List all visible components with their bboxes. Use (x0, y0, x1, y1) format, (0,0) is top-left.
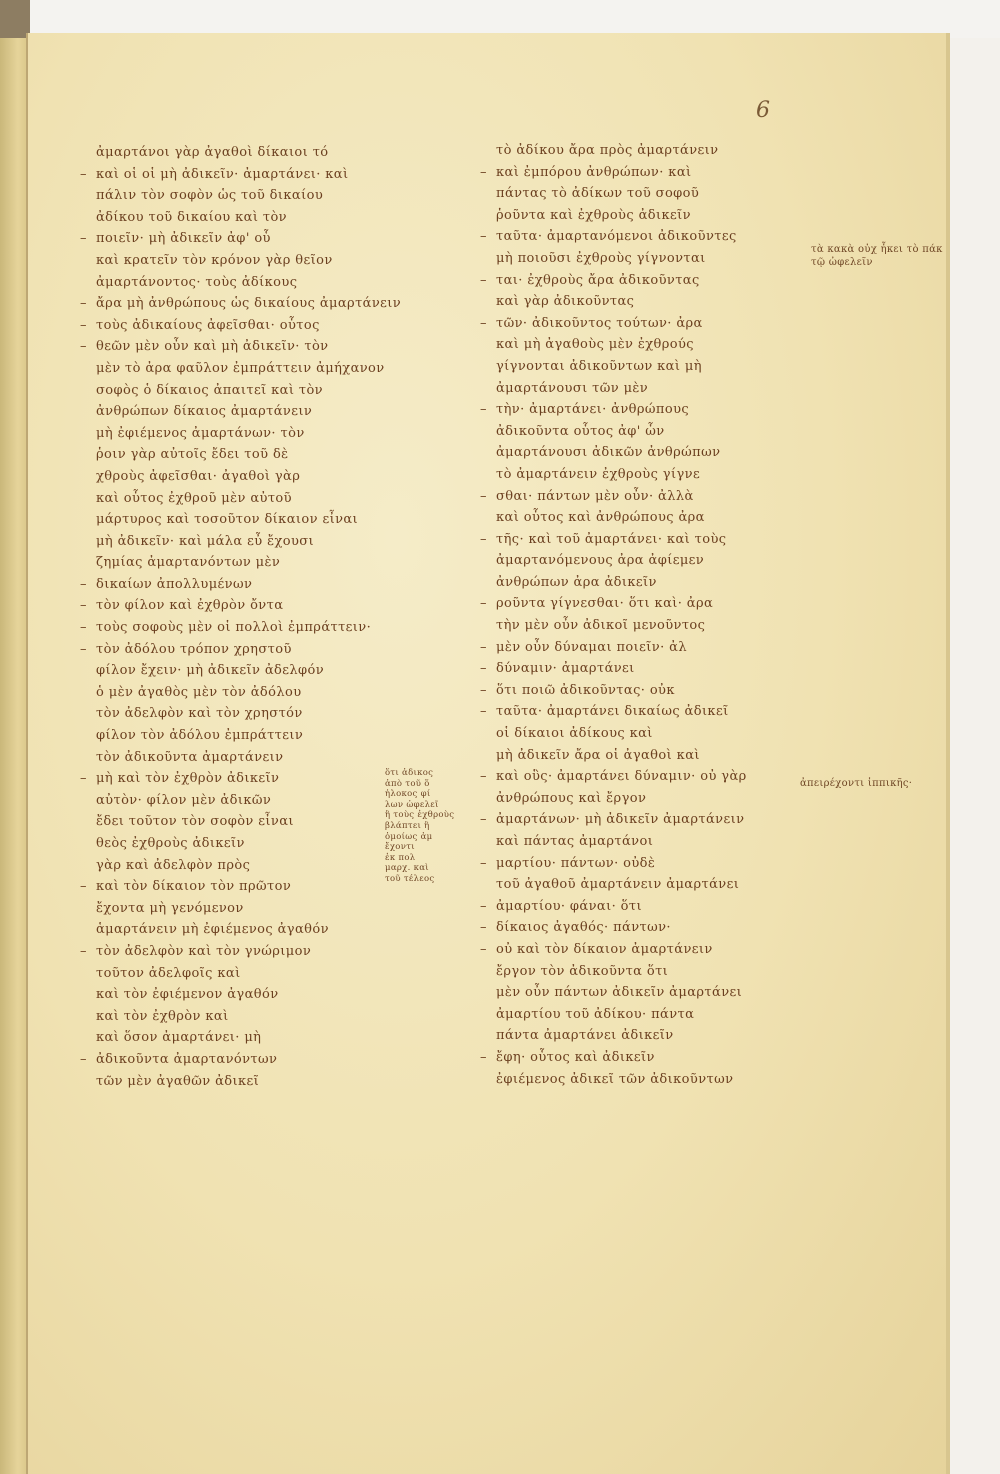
line-text: ροῦντα γίγνεσθαι· ὅτι καὶ· ἀρα (496, 596, 713, 611)
text-line: –καὶ οὓς· ἀμαρτάνει δύναμιν· οὐ γὰρ (480, 766, 810, 788)
line-text: καὶ οὗτος καὶ ἀνθρώπους ἀρα (496, 510, 705, 525)
text-line: –τῆς· καὶ τοῦ ἀμαρτάνει· καὶ τοὺς (480, 529, 810, 551)
text-line: ἀμαρτάνοι γὰρ ἀγαθοὶ δίκαιοι τό (80, 142, 380, 164)
line-text: ἀδικοῦντα ἀμαρτανόντων (96, 1052, 277, 1067)
line-text: ἀδίκου τοῦ δικαίου καὶ τὸν (96, 210, 287, 225)
text-line: –καὶ τὸν δίκαιον τὸν πρῶτον (80, 876, 380, 898)
text-line: χθροὺς ἀφεῖσθαι· ἀγαθοὶ γὰρ (80, 466, 380, 488)
marginal-line: λων ὠφελεῖ (385, 800, 475, 811)
line-text: καὶ ἐμπόρου ἀνθρώπων· καὶ (496, 165, 692, 180)
text-line: –ἔφη· οὗτος καὶ ἀδικεῖν (480, 1047, 810, 1069)
line-text: τὸν φίλον καὶ ἐχθρὸν ὄντα (96, 598, 283, 613)
line-text: τῶν μὲν ἀγαθῶν ἀδικεῖ (96, 1074, 259, 1089)
paragraph-dash-mark: – (480, 593, 496, 615)
text-line: –τὸν ἀδόλου τρόπον χρηστοῦ (80, 639, 380, 661)
line-text: μὴ ἀδικεῖν· καὶ μάλα εὖ ἔχουσι (96, 534, 314, 549)
line-text: τὸν ἀδελφὸν καὶ τὸν γνώριμον (96, 944, 311, 959)
line-text: αὐτὸν· φίλον μὲν ἀδικῶν (96, 793, 271, 808)
line-text: τὸ ἀμαρτάνειν ἐχθροὺς γίγνε (496, 467, 700, 482)
paragraph-dash-mark: – (480, 917, 496, 939)
marginal-line: μαρχ. καὶ (385, 863, 475, 874)
text-line: –θεῶν μὲν οὖν καὶ μὴ ἀδικεῖν· τὸν (80, 336, 380, 358)
line-text: ἀμαρτάνων· μὴ ἀδικεῖν ἀμαρτάνειν (496, 812, 744, 827)
line-text: καὶ τὸν ἐφιέμενον ἀγαθόν (96, 987, 279, 1002)
line-text: ὁ μὲν ἀγαθὸς μὲν τὸν ἀδόλου (96, 685, 302, 700)
paragraph-dash-mark: – (480, 486, 496, 508)
line-text: ποιεῖν· μὴ ἀδικεῖν ἀφ' οὗ (96, 231, 271, 246)
text-line: –οὐ καὶ τὸν δίκαιον ἀμαρτάνειν (480, 939, 810, 961)
text-line: –ἀμαρτίου· φάναι· ὅτι (480, 896, 810, 918)
paragraph-dash-mark: – (480, 701, 496, 723)
text-line: –σθαι· πάντων μὲν οὖν· ἀλλὰ (480, 486, 810, 508)
text-line: θεὸς ἐχθροὺς ἀδικεῖν (80, 833, 380, 855)
text-line: ῥοῦντα καὶ ἐχθροὺς ἀδικεῖν (480, 205, 810, 227)
marginal-note-right-lower: ἀπειρέχοντι ἱππικῆς· (800, 777, 970, 790)
line-text: ἄρα μὴ ἀνθρώπους ὡς δικαίους ἀμαρτάνειν (96, 296, 401, 311)
paragraph-dash-mark: – (80, 164, 96, 186)
text-line: –ται· ἐχθροὺς ἄρα ἀδικοῦντας (480, 270, 810, 292)
text-line: –ἀδικοῦντα ἀμαρτανόντων (80, 1049, 380, 1071)
text-line: μὲν οὖν πάντων ἀδικεῖν ἀμαρτάνει (480, 982, 810, 1004)
paragraph-dash-mark: – (480, 658, 496, 680)
text-line: –καὶ οἱ οἱ μὴ ἀδικεῖν· ἀμαρτάνει· καὶ (80, 164, 380, 186)
text-line: ἀνθρώπων δίκαιος ἀμαρτάνειν (80, 401, 380, 423)
line-text: καὶ οἱ οἱ μὴ ἀδικεῖν· ἀμαρτάνει· καὶ (96, 167, 348, 182)
text-line: –ἀμαρτάνων· μὴ ἀδικεῖν ἀμαρτάνειν (480, 809, 810, 831)
line-text: θεῶν μὲν οὖν καὶ μὴ ἀδικεῖν· τὸν (96, 339, 328, 354)
paragraph-dash-mark: – (80, 595, 96, 617)
paragraph-dash-mark: – (480, 270, 496, 292)
text-line: πάντας τὸ ἀδίκων τοῦ σοφοῦ (480, 183, 810, 205)
line-text: σθαι· πάντων μὲν οὖν· ἀλλὰ (496, 489, 694, 504)
line-text: ζημίας ἀμαρτανόντων μὲν (96, 555, 280, 570)
paragraph-dash-mark: – (480, 766, 496, 788)
text-line: πάλιν τὸν σοφὸν ὡς τοῦ δικαίου (80, 185, 380, 207)
text-line: καὶ τὸν ἐφιέμενον ἀγαθόν (80, 984, 380, 1006)
text-line: τὸν ἀδικοῦντα ἀμαρτάνειν (80, 747, 380, 769)
text-line: οἱ δίκαιοι ἀδίκους καὶ (480, 723, 810, 745)
line-text: τὸν ἀδελφὸν καὶ τὸν χρηστόν (96, 706, 303, 721)
line-text: ὅτι ποιῶ ἀδικοῦντας· οὐκ (496, 683, 675, 698)
line-text: τοὺς σοφοὺς μὲν οἱ πολλοὶ ἐμπράττειν· (96, 620, 371, 635)
left-text-column: ἀμαρτάνοι γὰρ ἀγαθοὶ δίκαιοι τό–καὶ οἱ ο… (80, 142, 380, 1092)
text-line: ἀμαρτάνουσι ἀδικῶν ἀνθρώπων (480, 442, 810, 464)
paragraph-dash-mark: – (480, 399, 496, 421)
text-line: καὶ ὅσον ἀμαρτάνει· μὴ (80, 1027, 380, 1049)
text-line: –ταῦτα· ἀμαρτάνει δικαίως ἀδικεῖ (480, 701, 810, 723)
line-text: τὴν μὲν οὖν ἀδικοῖ μενοῦντος (496, 618, 705, 633)
text-line: καὶ μὴ ἀγαθοὺς μὲν ἐχθρούς (480, 334, 810, 356)
text-line: –μὴ καὶ τὸν ἐχθρὸν ἀδικεῖν (80, 768, 380, 790)
line-text: ταῦτα· ἀμαρτάνει δικαίως ἀδικεῖ (496, 704, 729, 719)
text-line: –μὲν οὖν δύναμαι ποιεῖν· ἀλ (480, 637, 810, 659)
paragraph-dash-mark: – (480, 313, 496, 335)
folio-number: 6 (756, 98, 770, 123)
line-text: δύναμιν· ἀμαρτάνει (496, 661, 635, 676)
line-text: καὶ τὸν ἐχθρὸν καὶ (96, 1009, 229, 1024)
paragraph-dash-mark: – (80, 617, 96, 639)
text-line: ἔργον τὸν ἀδικοῦντα ὅτι (480, 961, 810, 983)
text-line: πάντα ἀμαρτάνει ἀδικεῖν (480, 1025, 810, 1047)
line-text: δικαίων ἀπολλυμένων (96, 577, 252, 592)
text-line: μὲν τὸ ἀρα φαῦλον ἐμπράττειν ἀμήχανον (80, 358, 380, 380)
text-line: ῥοιν γὰρ αὐτοῖς ἔδει τοῦ δὲ (80, 444, 380, 466)
line-text: ἔδει τοῦτον τὸν σοφὸν εἶναι (96, 814, 294, 829)
text-line: ἀδικοῦντα οὗτος ἀφ' ὧν (480, 421, 810, 443)
marginal-line: ἠλοκος φί (385, 789, 475, 800)
line-text: ἐφιέμενος ἀδικεῖ τῶν ἀδικοῦντων (496, 1072, 733, 1087)
paragraph-dash-mark: – (80, 228, 96, 250)
line-text: φίλον ἔχειν· μὴ ἀδικεῖν ἀδελφόν (96, 663, 324, 678)
marginal-line: ἔχοντι (385, 842, 475, 853)
line-text: σοφὸς ὁ δίκαιος ἀπαιτεῖ καὶ τὸν (96, 383, 323, 398)
text-line: γίγνονται ἀδικοῦντων καὶ μὴ (480, 356, 810, 378)
line-text: καὶ οὗτος ἐχθροῦ μὲν αὐτοῦ (96, 491, 292, 506)
text-line: –δύναμιν· ἀμαρτάνει (480, 658, 810, 680)
line-text: μὲν οὖν δύναμαι ποιεῖν· ἀλ (496, 640, 687, 655)
paragraph-dash-mark: – (480, 529, 496, 551)
text-line: τὸ ἀδίκου ἄρα πρὸς ἀμαρτάνειν (480, 140, 810, 162)
line-text: ἀμαρτάνουσι ἀδικῶν ἀνθρώπων (496, 445, 720, 460)
line-text: ται· ἐχθροὺς ἄρα ἀδικοῦντας (496, 273, 700, 288)
text-line: ἁμαρτάνειν μὴ ἐφιέμενος ἀγαθόν (80, 919, 380, 941)
text-line: –τὸν ἀδελφὸν καὶ τὸν γνώριμον (80, 941, 380, 963)
line-text: καὶ μὴ ἀγαθοὺς μὲν ἐχθρούς (496, 337, 694, 352)
line-text: γίγνονται ἀδικοῦντων καὶ μὴ (496, 359, 702, 374)
line-text: μαρτίου· πάντων· οὐδὲ (496, 856, 655, 871)
line-text: τῶν· ἀδικοῦντος τούτων· ἀρα (496, 316, 703, 331)
line-text: μὲν οὖν πάντων ἀδικεῖν ἀμαρτάνει (496, 985, 742, 1000)
paragraph-dash-mark: – (480, 1047, 496, 1069)
line-text: μὲν τὸ ἀρα φαῦλον ἐμπράττειν ἀμήχανον (96, 361, 385, 376)
text-line: μὴ ἀδικεῖν· καὶ μάλα εὖ ἔχουσι (80, 531, 380, 553)
text-line: τῶν μὲν ἀγαθῶν ἀδικεῖ (80, 1071, 380, 1093)
line-text: ῥοιν γὰρ αὐτοῖς ἔδει τοῦ δὲ (96, 447, 289, 462)
line-text: ἀνθρώπους καὶ ἔργον (496, 791, 646, 806)
text-line: –καὶ ἐμπόρου ἀνθρώπων· καὶ (480, 162, 810, 184)
line-text: ἀνθρώπων ἀρα ἀδικεῖν (496, 575, 657, 590)
line-text: ἀμαρτίου· φάναι· ὅτι (496, 899, 642, 914)
line-text: τοῦτον ἀδελφοῖς καὶ (96, 966, 241, 981)
line-text: τὸν ἀδικοῦντα ἀμαρτάνειν (96, 750, 283, 765)
line-text: τὸ ἀδίκου ἄρα πρὸς ἀμαρτάνειν (496, 143, 718, 158)
line-text: ταῦτα· ἀμαρτανόμενοι ἀδικοῦντες (496, 229, 737, 244)
text-line: μὴ ποιοῦσι ἐχθροὺς γίγνονται (480, 248, 810, 270)
marginal-line: ὁμοίως ἀμ (385, 832, 475, 843)
text-line: σοφὸς ὁ δίκαιος ἀπαιτεῖ καὶ τὸν (80, 380, 380, 402)
text-line: ἔδει τοῦτον τὸν σοφὸν εἶναι (80, 811, 380, 833)
text-line: γὰρ καὶ ἀδελφὸν πρὸς (80, 855, 380, 877)
line-text: οὐ καὶ τὸν δίκαιον ἀμαρτάνειν (496, 942, 713, 957)
line-text: καὶ οὓς· ἀμαρτάνει δύναμιν· οὐ γὰρ (496, 769, 747, 784)
text-line: –ὅτι ποιῶ ἀδικοῦντας· οὐκ (480, 680, 810, 702)
line-text: καὶ γὰρ ἀδικοῦντας (496, 294, 634, 309)
paragraph-dash-mark: – (80, 768, 96, 790)
text-line: –τῶν· ἀδικοῦντος τούτων· ἀρα (480, 313, 810, 335)
marginal-line: τὰ κακὰ οὐχ ἧκει τὸ πάκ (811, 243, 981, 256)
line-text: τὴν· ἀμαρτάνει· ἀνθρώπους (496, 402, 689, 417)
marginal-line: ἀπὸ τοῦ ὅ (385, 779, 475, 790)
line-text: τὸν ἀδόλου τρόπον χρηστοῦ (96, 642, 292, 657)
line-text: πάλιν τὸν σοφὸν ὡς τοῦ δικαίου (96, 188, 323, 203)
right-text-column: τὸ ἀδίκου ἄρα πρὸς ἀμαρτάνειν–καὶ ἐμπόρο… (480, 140, 810, 1090)
paragraph-dash-mark: – (80, 639, 96, 661)
line-text: ἀδικοῦντα οὗτος ἀφ' ὧν (496, 424, 665, 439)
line-text: μὴ ποιοῦσι ἐχθροὺς γίγνονται (496, 251, 706, 266)
paragraph-dash-mark: – (480, 939, 496, 961)
text-line: ἔχοντα μὴ γενόμενον (80, 898, 380, 920)
paragraph-dash-mark: – (80, 315, 96, 337)
marginal-note-right-upper: τὰ κακὰ οὐχ ἧκει τὸ πάκτῷ ὠφελεῖν (811, 243, 981, 269)
text-line: –ἄρα μὴ ἀνθρώπους ὡς δικαίους ἀμαρτάνειν (80, 293, 380, 315)
text-line: ὁ μὲν ἀγαθὸς μὲν τὸν ἀδόλου (80, 682, 380, 704)
paragraph-dash-mark: – (80, 1049, 96, 1071)
line-text: ἁμαρτάνειν μὴ ἐφιέμενος ἀγαθόν (96, 922, 329, 937)
text-line: τοῦ ἀγαθοῦ ἀμαρτάνειν ἀμαρτάνει (480, 874, 810, 896)
line-text: μὴ καὶ τὸν ἐχθρὸν ἀδικεῖν (96, 771, 279, 786)
line-text: καὶ ὅσον ἀμαρτάνει· μὴ (96, 1030, 261, 1045)
marginal-line: τῷ ὠφελεῖν (811, 256, 981, 269)
text-line: ἀνθρώπους καὶ ἔργον (480, 788, 810, 810)
paragraph-dash-mark: – (480, 226, 496, 248)
text-line: τὴν μὲν οὖν ἀδικοῖ μενοῦντος (480, 615, 810, 637)
text-line: καὶ γὰρ ἀδικοῦντας (480, 291, 810, 313)
line-text: τοῦ ἀγαθοῦ ἀμαρτάνειν ἀμαρτάνει (496, 877, 739, 892)
line-text: ἔργον τὸν ἀδικοῦντα ὅτι (496, 964, 668, 979)
text-line: ἀμαρτάνοντος· τοὺς ἀδίκους (80, 272, 380, 294)
text-line: –ταῦτα· ἀμαρτανόμενοι ἀδικοῦντες (480, 226, 810, 248)
text-line: αὐτὸν· φίλον μὲν ἀδικῶν (80, 790, 380, 812)
text-line: φίλον ἔχειν· μὴ ἀδικεῖν ἀδελφόν (80, 660, 380, 682)
paragraph-dash-mark: – (480, 853, 496, 875)
text-line: μὴ ἐφιέμενος ἀμαρτάνων· τὸν (80, 423, 380, 445)
line-text: μάρτυρος καὶ τοσοῦτον δίκαιον εἶναι (96, 512, 358, 527)
paragraph-dash-mark: – (480, 896, 496, 918)
line-text: δίκαιος ἀγαθός· πάντων· (496, 920, 671, 935)
line-text: τοὺς ἀδικαίους ἀφεῖσθαι· οὗτος (96, 318, 320, 333)
line-text: ἀμαρτάνοντος· τοὺς ἀδίκους (96, 275, 297, 290)
text-line: καὶ πάντας ἀμαρτάνοι (480, 831, 810, 853)
line-text: ἀμαρτίου τοῦ ἀδίκου· πάντα (496, 1007, 694, 1022)
marginal-note-inner: ὅτι ἀδικοςἀπὸ τοῦ ὅἠλοκος φίλων ὠφελεῖἢ … (385, 768, 475, 885)
paragraph-dash-mark: – (80, 293, 96, 315)
text-line: –δίκαιος ἀγαθός· πάντων· (480, 917, 810, 939)
text-line: μὴ ἀδικεῖν ἄρα οἱ ἀγαθοὶ καὶ (480, 745, 810, 767)
line-text: ἀνθρώπων δίκαιος ἀμαρτάνειν (96, 404, 312, 419)
text-line: –μαρτίου· πάντων· οὐδὲ (480, 853, 810, 875)
line-text: ἀμαρτανόμενους ἀρα ἀφίεμεν (496, 553, 704, 568)
text-line: καὶ κρατεῖν τὸν κρόνον γὰρ θεῖον (80, 250, 380, 272)
line-text: ἀμαρτάνοι γὰρ ἀγαθοὶ δίκαιοι τό (96, 145, 329, 160)
line-text: πάντα ἀμαρτάνει ἀδικεῖν (496, 1028, 674, 1043)
text-line: ἐφιέμενος ἀδικεῖ τῶν ἀδικοῦντων (480, 1069, 810, 1091)
line-text: πάντας τὸ ἀδίκων τοῦ σοφοῦ (496, 186, 699, 201)
text-line: καὶ οὗτος καὶ ἀνθρώπους ἀρα (480, 507, 810, 529)
text-line: ἀδίκου τοῦ δικαίου καὶ τὸν (80, 207, 380, 229)
paragraph-dash-mark: – (480, 162, 496, 184)
line-text: μὴ ἐφιέμενος ἀμαρτάνων· τὸν (96, 426, 305, 441)
text-line: φίλον τὸν ἀδόλου ἐμπράττειν (80, 725, 380, 747)
text-line: καὶ τὸν ἐχθρὸν καὶ (80, 1006, 380, 1028)
text-line: τὸ ἀμαρτάνειν ἐχθροὺς γίγνε (480, 464, 810, 486)
line-text: ἀμαρτάνουσι τῶν μὲν (496, 381, 648, 396)
text-line: –δικαίων ἀπολλυμένων (80, 574, 380, 596)
text-line: τὸν ἀδελφὸν καὶ τὸν χρηστόν (80, 703, 380, 725)
paragraph-dash-mark: – (80, 574, 96, 596)
paragraph-dash-mark: – (80, 941, 96, 963)
paragraph-dash-mark: – (80, 336, 96, 358)
line-text: καὶ τὸν δίκαιον τὸν πρῶτον (96, 879, 291, 894)
paragraph-dash-mark: – (480, 637, 496, 659)
text-line: ἀμαρτάνουσι τῶν μὲν (480, 378, 810, 400)
text-line: –τὸν φίλον καὶ ἐχθρὸν ὄντα (80, 595, 380, 617)
text-line: καὶ οὗτος ἐχθροῦ μὲν αὐτοῦ (80, 488, 380, 510)
line-text: θεὸς ἐχθροὺς ἀδικεῖν (96, 836, 245, 851)
marginal-line: τοῦ τέλεος (385, 874, 475, 885)
text-line: μάρτυρος καὶ τοσοῦτον δίκαιον εἶναι (80, 509, 380, 531)
line-text: μὴ ἀδικεῖν ἄρα οἱ ἀγαθοὶ καὶ (496, 748, 700, 763)
marginal-line: ἐκ πολ (385, 853, 475, 864)
text-line: τοῦτον ἀδελφοῖς καὶ (80, 963, 380, 985)
text-line: ἀνθρώπων ἀρα ἀδικεῖν (480, 572, 810, 594)
line-text: καὶ πάντας ἀμαρτάνοι (496, 834, 653, 849)
line-text: καὶ κρατεῖν τὸν κρόνον γὰρ θεῖον (96, 253, 333, 268)
paragraph-dash-mark: – (480, 809, 496, 831)
line-text: ἔφη· οὗτος καὶ ἀδικεῖν (496, 1050, 655, 1065)
line-text: ῥοῦντα καὶ ἐχθροὺς ἀδικεῖν (496, 208, 691, 223)
line-text: οἱ δίκαιοι ἀδίκους καὶ (496, 726, 653, 741)
marginal-line: ἢ τοὺς ἐχθροὺς (385, 810, 475, 821)
marginal-line: ὅτι ἀδικος (385, 768, 475, 779)
line-text: φίλον τὸν ἀδόλου ἐμπράττειν (96, 728, 303, 743)
text-line: ἀμαρτίου τοῦ ἀδίκου· πάντα (480, 1004, 810, 1026)
line-text: χθροὺς ἀφεῖσθαι· ἀγαθοὶ γὰρ (96, 469, 300, 484)
text-line: –ποιεῖν· μὴ ἀδικεῖν ἀφ' οὗ (80, 228, 380, 250)
line-text: ἔχοντα μὴ γενόμενον (96, 901, 244, 916)
text-line: –τοὺς ἀδικαίους ἀφεῖσθαι· οὗτος (80, 315, 380, 337)
text-line: –τοὺς σοφοὺς μὲν οἱ πολλοὶ ἐμπράττειν· (80, 617, 380, 639)
text-line: ἀμαρτανόμενους ἀρα ἀφίεμεν (480, 550, 810, 572)
text-line: –ροῦντα γίγνεσθαι· ὅτι καὶ· ἀρα (480, 593, 810, 615)
text-line: –τὴν· ἀμαρτάνει· ἀνθρώπους (480, 399, 810, 421)
line-text: γὰρ καὶ ἀδελφὸν πρὸς (96, 858, 250, 873)
paragraph-dash-mark: – (80, 876, 96, 898)
line-text: τῆς· καὶ τοῦ ἀμαρτάνει· καὶ τοὺς (496, 532, 726, 547)
text-line: ζημίας ἀμαρτανόντων μὲν (80, 552, 380, 574)
marginal-line: βλάπτει ἢ (385, 821, 475, 832)
paragraph-dash-mark: – (480, 680, 496, 702)
marginal-line: ἀπειρέχοντι ἱππικῆς· (800, 777, 970, 790)
